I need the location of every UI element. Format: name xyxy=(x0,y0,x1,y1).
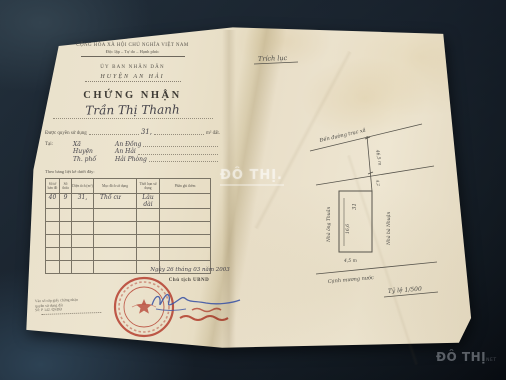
location-label: Huyện xyxy=(73,148,115,156)
table-data-row: 40 9 31, Thổ cư Lâu dài xyxy=(46,194,211,209)
district-name: HUYỆN AN HẢI xyxy=(45,74,220,80)
col-header: Số tờ bản đồ xyxy=(46,179,60,194)
location-value: An Đồng xyxy=(115,141,141,149)
cell-area: 31, xyxy=(72,194,94,209)
table-empty-row xyxy=(46,235,211,248)
location-row: Th. phố Hải Phòng xyxy=(45,156,220,164)
dotted-fill xyxy=(143,146,218,147)
issue-date: Ngày 26 tháng 03 năm 2003 xyxy=(128,267,252,273)
depth-dimension: 16,6 xyxy=(345,224,351,234)
location-label: Xã xyxy=(73,141,115,149)
at-label: Tại: xyxy=(45,141,73,149)
watermark-text: ĐÔ THỊ. xyxy=(220,168,283,183)
junction-dimension: 4,2 xyxy=(375,178,382,187)
location-row: Huyện An Hải xyxy=(45,148,220,156)
watermark-sub: NET xyxy=(486,358,496,363)
registry-note: Vào sổ cấp giấy chứng nhận quyền sử dụng… xyxy=(35,297,108,315)
connector-line xyxy=(367,136,372,191)
left-neighbor-label: Nhà ông Thuần xyxy=(324,207,332,243)
ditch-line xyxy=(316,262,437,274)
cell-parcel-no: 9 xyxy=(60,194,72,209)
red-name-strokes xyxy=(178,306,236,326)
right-neighbor-label: Nhà bà Nhuận xyxy=(385,212,392,246)
dotted-fill xyxy=(138,154,218,155)
certificate-left-page: CỘNG HÒA XÃ HỘI CHỦ NGHĨA VIỆT NAM Độc l… xyxy=(45,43,220,274)
district-underline xyxy=(85,81,181,82)
location-row: Tại: Xã An Đồng xyxy=(45,141,220,149)
cell-notes xyxy=(160,194,211,209)
second-boundary-line xyxy=(316,166,434,185)
location-value: An Hải xyxy=(115,148,136,156)
watermark-bar xyxy=(220,184,284,186)
table-intro: Theo bảng liệt kê dưới đây: xyxy=(45,169,220,174)
col-header: Phần ghi thêm xyxy=(160,179,211,194)
national-motto: Độc lập – Tự do – Hạnh phúc xyxy=(45,49,220,54)
watermark-corner: ĐÔ THỊNET xyxy=(436,350,497,364)
sketch-heading: Trích lục xyxy=(258,54,288,63)
table-header-row: Số tờ bản đồ Số thửa Diện tích (m²) Mục … xyxy=(46,179,211,194)
parcel-table: Số tờ bản đồ Số thửa Diện tích (m²) Mục … xyxy=(45,178,211,274)
motto-underline xyxy=(81,56,185,57)
connector-dimension: 46,5 m xyxy=(374,148,383,166)
table-empty-row xyxy=(46,209,211,222)
cell-map-sheet: 40 xyxy=(46,194,60,209)
col-header: Số thửa xyxy=(60,179,72,194)
cell-land-use: Thổ cư xyxy=(94,194,137,209)
grant-label: Được quyền sử dụng xyxy=(45,131,87,136)
certificate-title: CHỨNG NHẬN xyxy=(45,90,220,101)
location-block: Tại: Xã An Đồng Huyện An Hải Th. phố Hải… xyxy=(45,141,220,164)
frontage-dimension: 4,5 m xyxy=(343,258,357,264)
ditch-label: Cạnh mương nước xyxy=(328,274,375,285)
dotted-fill xyxy=(149,161,218,162)
signer-name-stamp xyxy=(178,306,236,331)
table-empty-row xyxy=(46,248,211,261)
photo-of-land-certificate: CỘNG HÒA XÃ HỘI CHỦ NGHĨA VIỆT NAM Độc l… xyxy=(0,0,506,380)
col-header: Mục đích sử dụng xyxy=(94,179,137,194)
dotted-fill xyxy=(154,134,204,135)
col-header: Thời hạn sử dụng xyxy=(137,179,160,194)
holder-underline xyxy=(53,118,213,119)
col-header: Diện tích (m²) xyxy=(72,179,94,194)
watermark-center: ĐÔ THỊ. xyxy=(220,168,284,186)
watermark-text: ĐÔ THỊ xyxy=(436,350,486,364)
area-value: 31, xyxy=(141,128,152,136)
location-label: Th. phố xyxy=(73,156,115,164)
road-label: Đến đường trục xã xyxy=(318,127,367,145)
issuing-committee: ỦY BAN NHÂN DÂN xyxy=(45,65,220,70)
cell-duration: Lâu dài xyxy=(137,194,160,209)
location-value: Hải Phòng xyxy=(115,156,147,164)
holder-name: Trần Thị Thanh xyxy=(45,102,220,118)
plot-area-value: 31 xyxy=(352,203,358,210)
area-unit: m² đất. xyxy=(206,131,220,136)
table-empty-row xyxy=(46,222,211,235)
dotted-fill xyxy=(89,134,139,135)
grant-line: Được quyền sử dụng 31, m² đất. xyxy=(45,128,220,136)
